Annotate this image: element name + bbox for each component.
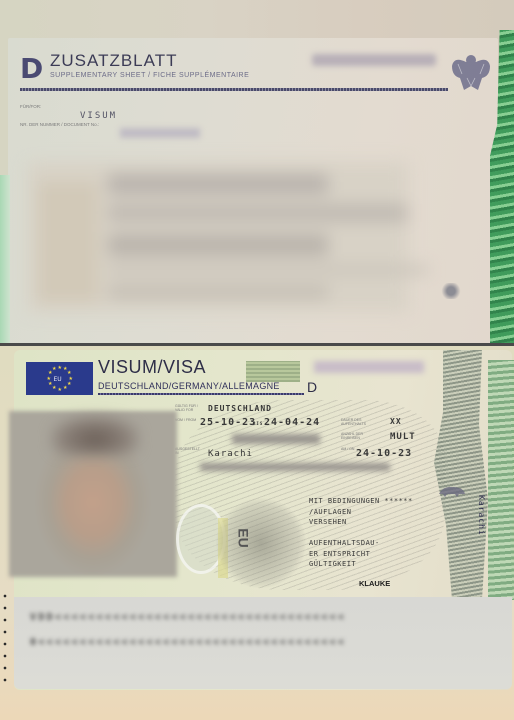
page-perforation xyxy=(0,590,12,690)
seal-dot-pattern xyxy=(216,498,306,588)
remark-line: MIT BEDINGUNGEN ****** xyxy=(309,497,413,506)
microprint-rule xyxy=(20,88,448,91)
country-code-letter: D xyxy=(20,52,42,85)
vertical-city-text: Karachi xyxy=(477,495,486,536)
visa-country-line: DEUTSCHLAND/GERMANY/ALLEMAGNE xyxy=(98,381,280,391)
entries-value: MULT xyxy=(390,432,416,442)
sheet-body-redacted xyxy=(28,162,428,312)
small-seal-icon xyxy=(440,283,462,299)
label-valid-for: GÜLTIG FÜR / VALID FOR xyxy=(175,404,199,412)
small-animal-emblem-icon xyxy=(437,484,467,498)
remark-line: GÜLTIGKEIT xyxy=(309,560,356,569)
valid-for-value: DEUTSCHLAND xyxy=(208,404,272,413)
label-entries: ANZAHL DER EINREISEN xyxy=(341,432,381,440)
sheet-serial-redacted xyxy=(312,54,436,66)
issue-date-value: 24-10-23 xyxy=(356,448,412,459)
hologram-strip xyxy=(246,361,300,382)
valid-until-value: 24-04-24 xyxy=(264,417,320,428)
sheet-for-value: VISUM xyxy=(80,111,117,121)
eu-flag-label: EU xyxy=(54,376,62,383)
eu-star-icon: ★ xyxy=(47,377,51,382)
eu-star-icon: ★ xyxy=(63,386,67,391)
microprint-rule xyxy=(98,393,304,395)
issuing-official-name: KLAUKE xyxy=(359,579,390,588)
visa-serial-redacted xyxy=(314,361,424,373)
eu-star-icon: ★ xyxy=(52,367,56,372)
until-label: BIS xyxy=(253,421,263,426)
eu-star-icon: ★ xyxy=(67,382,71,387)
visa-country-code: D xyxy=(307,379,317,395)
holder-name-redacted xyxy=(200,463,390,471)
issued-in-value: Karachi xyxy=(208,449,253,459)
passport-number-redacted xyxy=(232,434,320,444)
document-number-redacted xyxy=(120,128,200,138)
label-issued-in: AUSGESTELLT IN xyxy=(175,447,199,455)
remark-line: VERSEHEN xyxy=(309,518,347,527)
decorative-green-border xyxy=(488,360,514,600)
label-from: VOM / FROM xyxy=(175,418,199,422)
eu-star-icon: ★ xyxy=(58,366,62,371)
duration-value: XX xyxy=(390,417,402,426)
mrz-line-1: VDD<<<<<<<<<<<<<<<<<<<<<<<<<<<<<<<<<<< xyxy=(30,612,346,623)
eu-security-seal: EU xyxy=(176,498,306,590)
eu-star-icon: ★ xyxy=(67,371,71,376)
visa-title: VISUM/VISA xyxy=(98,357,206,378)
label-document-number: NR. DER NUMMER / DOCUMENT No.: xyxy=(20,122,99,127)
federal-eagle-icon xyxy=(450,50,492,94)
label-for: FÜR/FOR: xyxy=(20,104,41,109)
valid-from-value: 25-10-23 xyxy=(200,417,256,428)
eu-flag-icon: EU ★★★★★★★★★★★★ xyxy=(26,362,93,395)
remark-line: AUFENTHALTSDAU- xyxy=(309,539,380,548)
label-duration: DAUER DES AUFENTHALTS xyxy=(341,418,381,426)
eu-star-icon: ★ xyxy=(52,386,56,391)
sheet-subtitle: SUPPLEMENTARY SHEET / FICHE SUPPLÉMENTAI… xyxy=(50,72,249,79)
seal-eu-text: EU xyxy=(236,528,252,547)
eu-star-icon: ★ xyxy=(58,388,62,393)
eu-star-icon: ★ xyxy=(48,382,52,387)
sheet-title: ZUSATZBLATT xyxy=(50,51,178,71)
remark-line: ER ENTSPRICHT xyxy=(309,550,370,559)
page-edge-green xyxy=(0,175,10,345)
remark-line: /AUFLAGEN xyxy=(309,508,351,517)
photo-shading xyxy=(50,415,140,455)
mrz-line-2: 0<<<<<<<<<<<<<<<<<<<<<<<<<<<<<<<<<<<<< xyxy=(30,637,346,648)
